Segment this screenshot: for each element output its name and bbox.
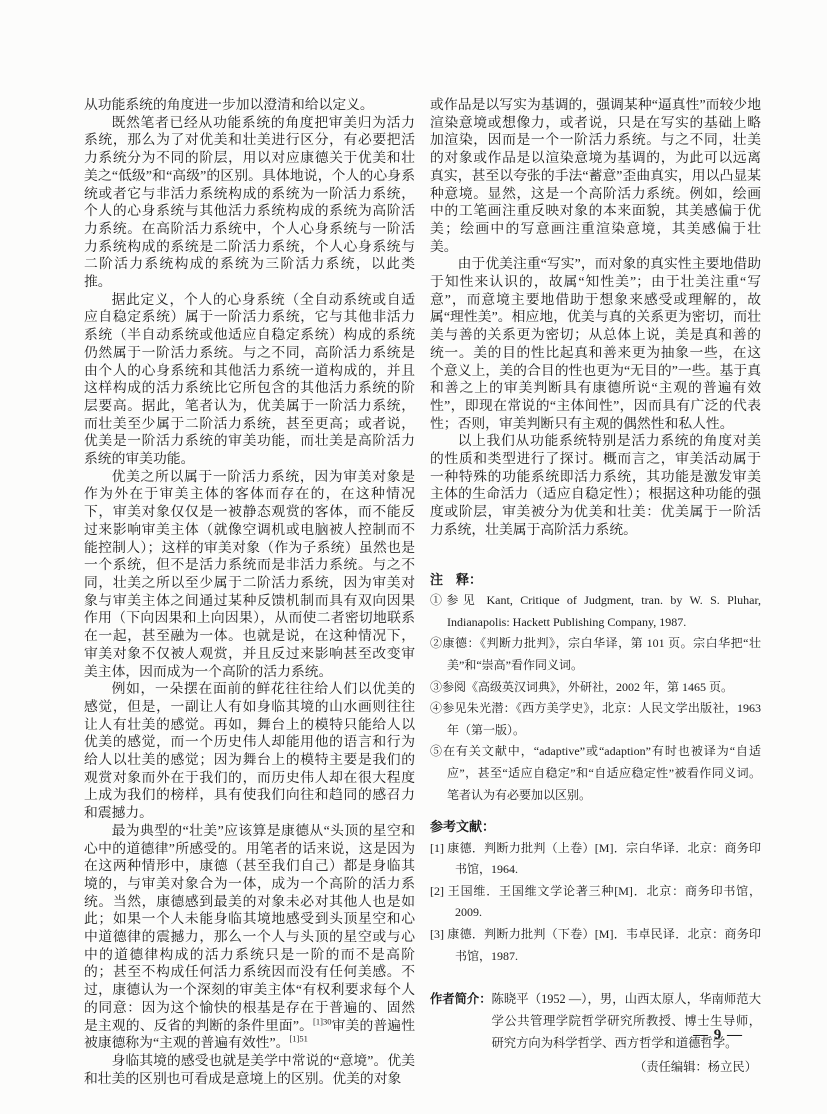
note-item: ⑤在有关文献中，“adaptive”或“adaption”有时也被译为“自适应”… xyxy=(430,741,761,806)
references-section: 参考文献： [1] 康德．判断力批判（上卷）[M]．宗白华译．北京：商务印书馆，… xyxy=(430,816,761,967)
author-bio-label: 作者简介： xyxy=(430,989,492,1054)
journal-page: 从功能系统的角度进一步加以澄清和给以定义。 既然笔者已经从功能系统的角度把审美归… xyxy=(0,0,827,1114)
note-item: ①参见 Kant, Critique of Judgment, tran. by… xyxy=(430,590,761,633)
reference-item: [1] 康德．判断力批判（上卷）[M]．宗白华译．北京：商务印书馆，1964. xyxy=(430,838,761,881)
responsible-editor: （责任编辑：杨立民） xyxy=(430,1057,761,1079)
body-paragraph: 例如，一朵摆在面前的鲜花往往给人们以优美的感觉，但是，一副让人有如身临其境的山水… xyxy=(84,680,415,822)
body-paragraph: 既然笔者已经从功能系统的角度把审美归为活力系统，那么为了对优美和壮美进行区分，有… xyxy=(84,114,415,291)
body-paragraph: 据此定义，个人的心身系统（全自动系统或自适应自稳定系统）属于一阶活力系统，它与其… xyxy=(84,291,415,468)
author-bio-text: 陈晓平（1952 —），男，山西太原人，华南师范大学公共管理学院哲学研究所教授、… xyxy=(492,989,762,1054)
two-column-layout: 从功能系统的角度进一步加以澄清和给以定义。 既然笔者已经从功能系统的角度把审美归… xyxy=(84,96,764,1087)
citation-superscript: [1]30 xyxy=(313,1016,331,1026)
body-paragraph: 以上我们从功能系统特别是活力系统的角度对美的性质和类型进行了探讨。概而言之，审美… xyxy=(430,432,761,538)
body-paragraph: 由于优美注重“写实”，而对象的真实性主要地借助于知性来认识的，故属“知性美”；由… xyxy=(430,255,761,432)
author-bio: 作者简介： 陈晓平（1952 —），男，山西太原人，华南师范大学公共管理学院哲学… xyxy=(430,989,761,1054)
page-number: — 9 — xyxy=(693,1027,743,1044)
reference-item: [3] 康德．判断力批判（下卷）[M]．韦卓民译．北京：商务印书馆，1987. xyxy=(430,924,761,967)
body-paragraph: 身临其境的感受也就是美学中常说的“意境”。优美和壮美的区别也可看成是意境上的区别… xyxy=(84,1052,415,1087)
notes-heading: 注 释： xyxy=(430,569,761,591)
citation-superscript: [1]51 xyxy=(289,1034,307,1044)
paragraph-text: 最为典型的“壮美”应该算是康德从“头顶的星空和心中的道德律”所感受的。用笔者的话… xyxy=(84,823,415,1033)
right-column: 或作品是以写实为基调的，强调某种“逼真性”而较少地渲染意境或想像力，或者说，只是… xyxy=(430,96,761,1087)
body-paragraph-with-citations: 最为典型的“壮美”应该算是康德从“头顶的星空和心中的道德律”所感受的。用笔者的话… xyxy=(84,822,415,1052)
note-item: ④参见朱光潜：《西方美学史》，北京：人民文学出版社，1963 年（第一版）。 xyxy=(430,698,761,741)
body-paragraph: 从功能系统的角度进一步加以澄清和给以定义。 xyxy=(84,96,415,114)
note-item: ②康德：《判断力批判》，宗白华译，第 101 页。宗白华把“壮美”和“崇高”看作… xyxy=(430,633,761,676)
body-paragraph: 优美之所以属于一阶活力系统，因为审美对象是作为外在于审美主体的客体而存在的，在这… xyxy=(84,468,415,680)
note-item: ③参阅《高级英汉词典》，外研社，2002 年，第 1465 页。 xyxy=(430,677,761,699)
reference-item: [2] 王国维．王国维文学论著三种[M]．北京：商务印书馆，2009. xyxy=(430,881,761,924)
notes-section: 注 释： ①参见 Kant, Critique of Judgment, tra… xyxy=(430,569,761,807)
body-paragraph: 或作品是以写实为基调的，强调某种“逼真性”而较少地渲染意境或想像力，或者说，只是… xyxy=(430,96,761,255)
references-heading: 参考文献： xyxy=(430,816,761,838)
left-column: 从功能系统的角度进一步加以澄清和给以定义。 既然笔者已经从功能系统的角度把审美归… xyxy=(84,96,415,1087)
